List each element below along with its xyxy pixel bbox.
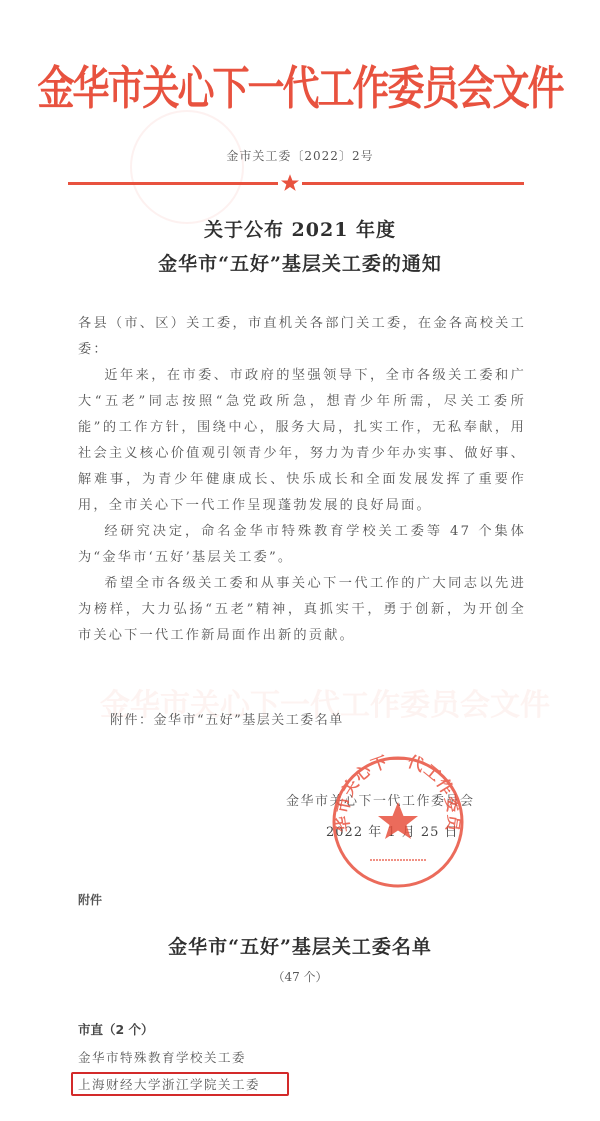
document-page: 金华市关心下一代工作委员会文件 金市关工委〔2022〕2号 关于公布 2021 … [0,0,600,1121]
paragraph-1: 近年来，在市委、市政府的坚强领导下，全市各级关工委和广大“五老”同志按照“急党政… [78,363,526,519]
attachment-reference: 附件：金华市“五好”基层关工委名单 [110,709,344,728]
list-item: 金华市特殊教育学校关工委 [78,1048,246,1066]
addressee: 各县（市、区）关工委，市直机关各部门关工委，在金各高校关工委： [78,311,526,363]
highlight-box [71,1072,289,1096]
annex-title: 金华市“五好”基层关工委名单 [0,932,600,959]
org-title: 金华市关心下一代工作委员会文件 [0,50,600,118]
notice-title-line2: 金华市“五好”基层关工委的通知 [0,249,600,276]
annex-count: （47 个） [0,968,600,985]
red-divider-right [302,182,524,185]
notice-title-line1: 关于公布 2021 年度 [0,215,600,242]
faint-seal-bleed [130,110,244,224]
paragraph-3: 希望全市各级关工委和从事关心下一代工作的广大同志以先进为榜样，大力弘扬“五老”精… [78,571,526,649]
section-heading-municipal: 市直（2 个） [78,1020,154,1038]
notice-body: 各县（市、区）关工委，市直机关各部门关工委，在金各高校关工委： 近年来，在市委、… [78,311,526,649]
star-icon [280,173,300,193]
document-number: 金市关工委〔2022〕2号 [0,147,600,164]
red-divider-left [68,182,278,185]
official-seal-icon: 金华市关心下一代工作委员会 [328,752,468,892]
paragraph-2: 经研究决定，命名金华市特殊教育学校关工委等 47 个集体为“金华市‘五好’基层关… [78,519,526,571]
annex-label: 附件 [78,891,102,908]
